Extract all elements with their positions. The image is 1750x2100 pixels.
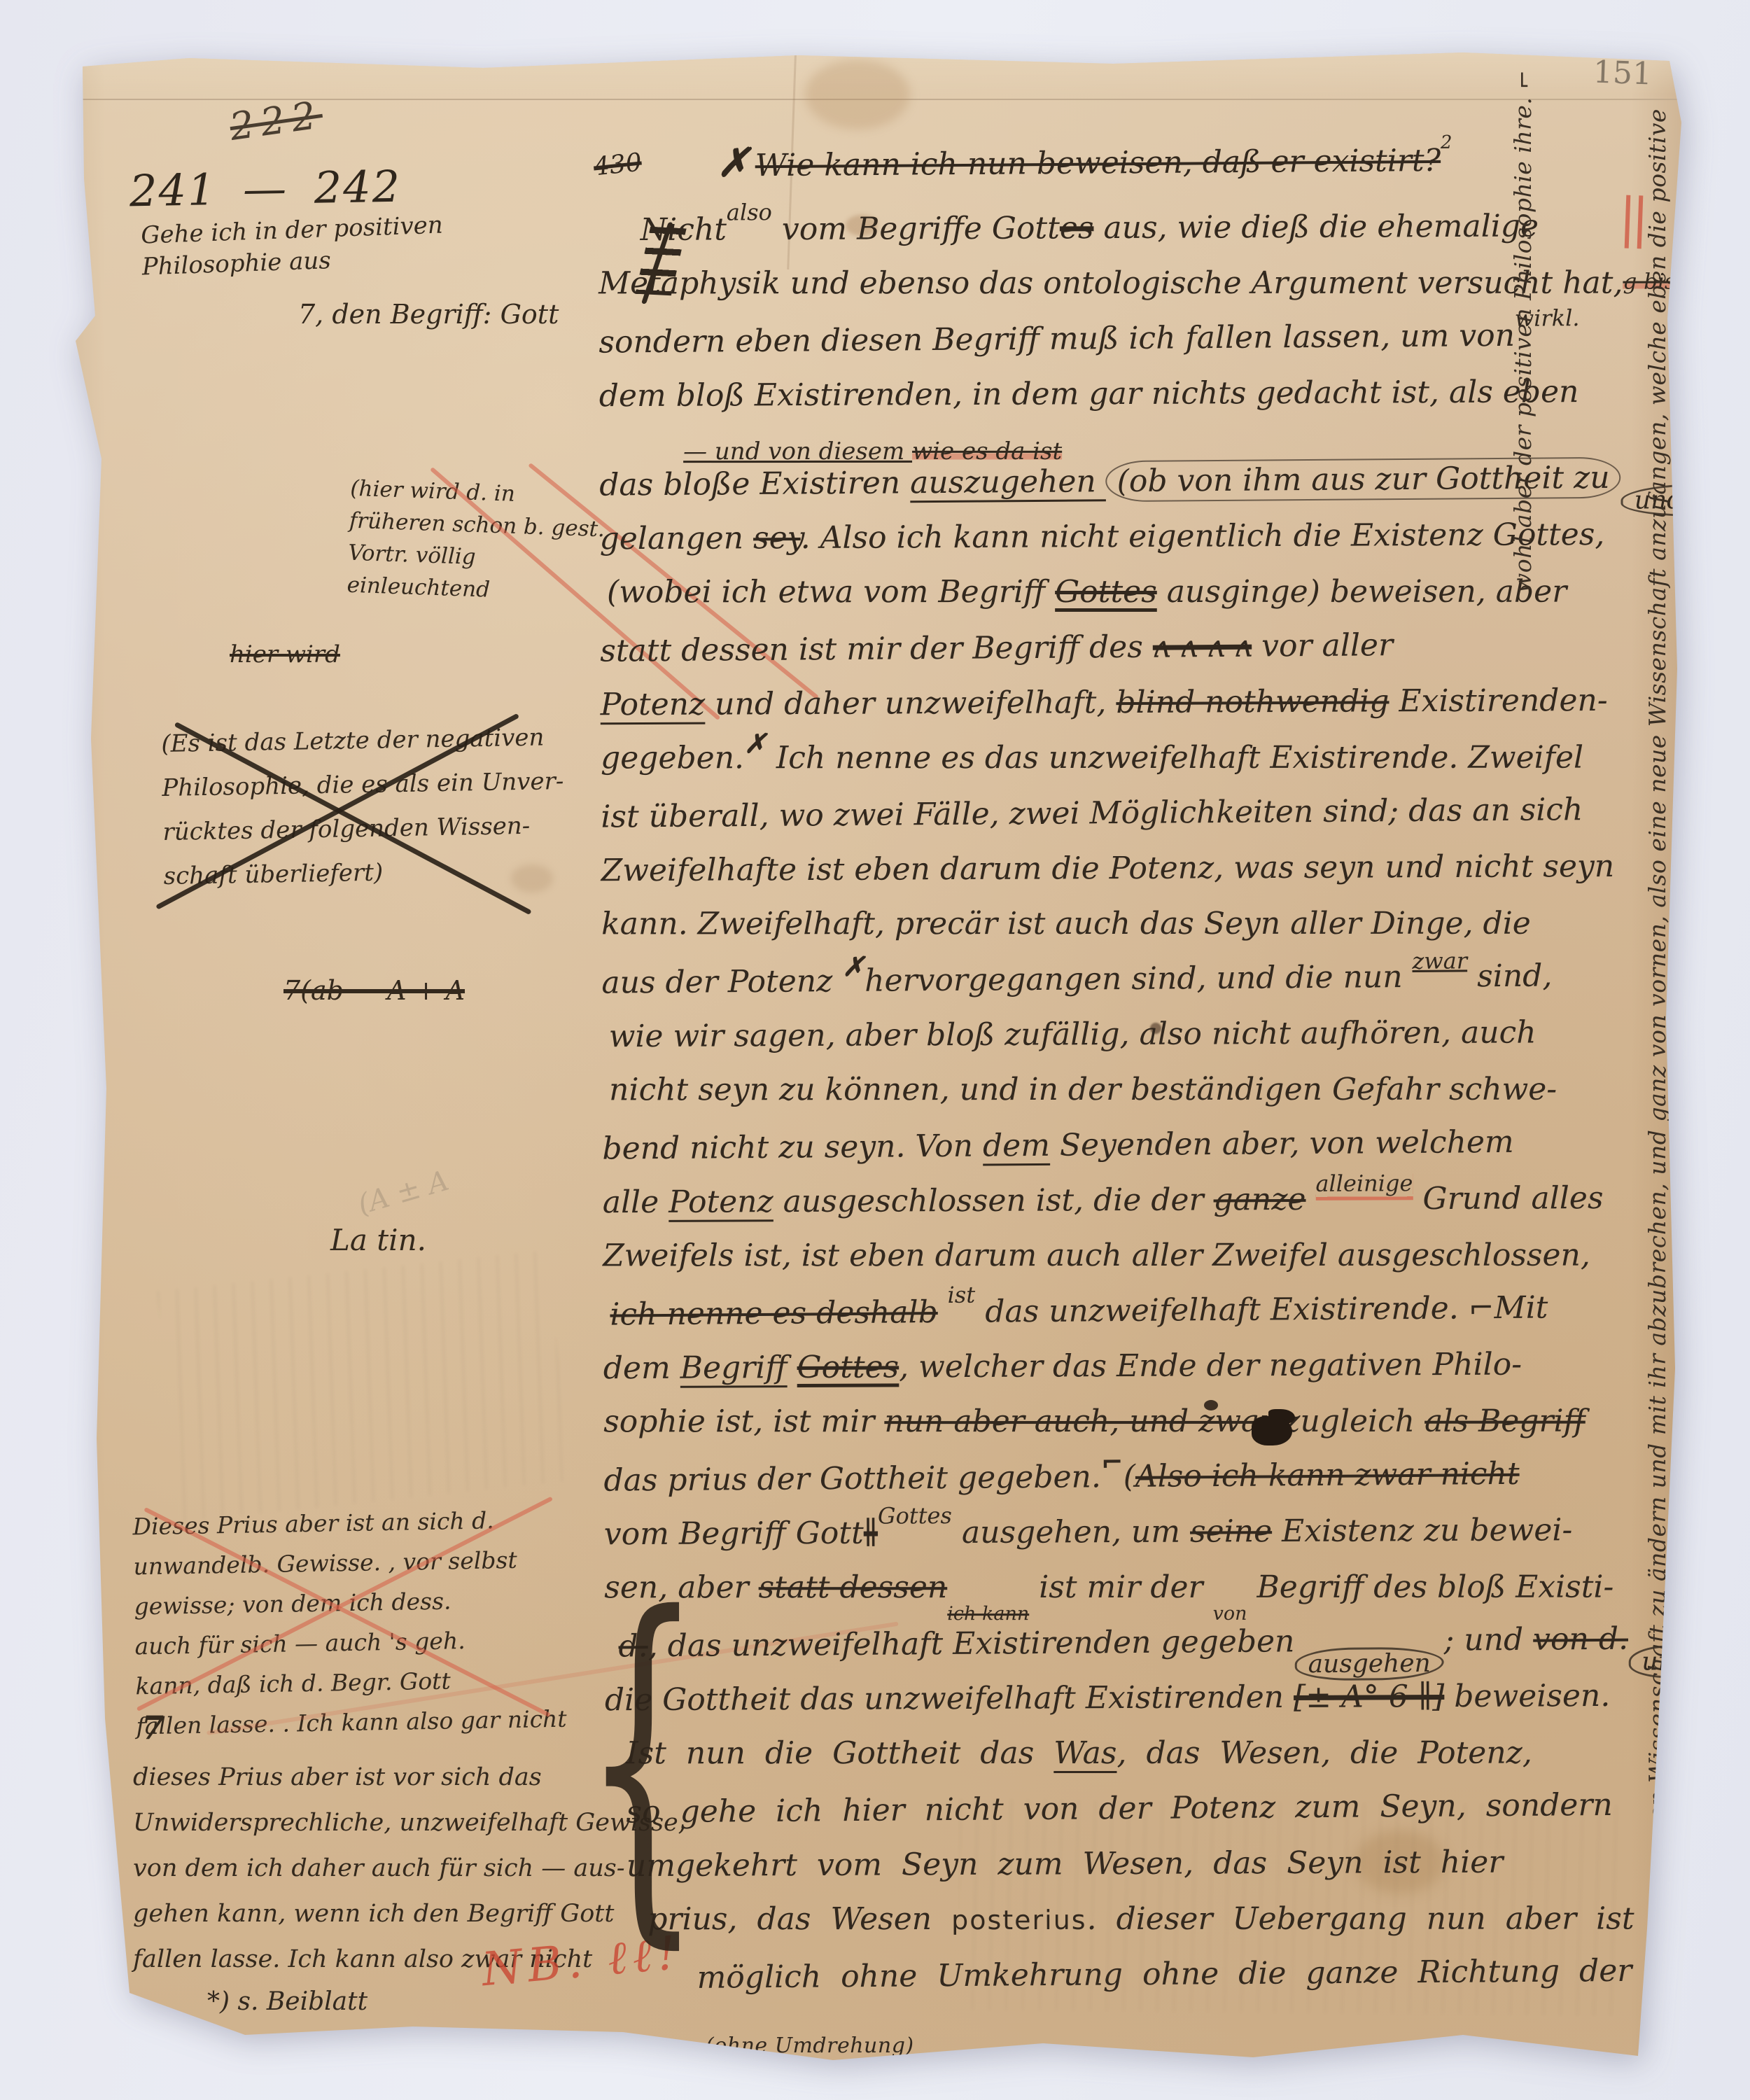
text-segment: sey <box>753 520 801 556</box>
text-segment: ⌐ <box>1101 1446 1123 1478</box>
text-segment: statt dessen <box>759 1569 948 1605</box>
margin-note-begriff-gott: 7, den Begriff: Gott <box>298 299 559 330</box>
manuscript-line: bend nicht zu seyn. Von dem Seyenden abe… <box>602 1123 1653 1186</box>
text-segment: ✗ <box>744 727 766 759</box>
text-segment: dem <box>983 1128 1050 1164</box>
text-segment: , das unzweifelhaft Existirenden <box>647 1625 1161 1664</box>
folio-number: 151 <box>1592 55 1653 92</box>
manuscript-line: statt dessen ist mir der Begriff des ʌ ʌ… <box>600 625 1651 688</box>
text-segment: ∥ <box>864 1515 878 1551</box>
text-segment: sondern eben diesen Begriff muß ich fall… <box>598 318 1515 360</box>
text-segment: das bloße Existiren <box>599 465 910 503</box>
text-segment: ist <box>947 1282 975 1308</box>
main-text-column: ✗ Wie kann ich nun beweisen, daß er exis… <box>598 134 1656 2015</box>
manuscript-line: so gehe ich hier nicht von der Potenz zu… <box>626 1786 1655 1849</box>
text-segment: ausgehen, um <box>952 1514 1190 1550</box>
text-segment: umgekehrt vom Seyn zum Wesen, das Seyn i… <box>626 1844 1504 1884</box>
text-segment: Nicht <box>640 211 727 248</box>
text-segment: ich nenne es deshalb <box>610 1294 938 1333</box>
text-segment: kann. Zweifelhaft, precär ist auch das S… <box>601 906 1531 942</box>
text-segment: die Gottheit das unzweifelhaft Existiren… <box>605 1679 1294 1718</box>
text-segment: Potenz <box>601 687 706 723</box>
text-segment: dem bloß Existirenden, in dem gar nichts… <box>599 374 1579 414</box>
text-segment: gegeben. <box>601 740 744 776</box>
manuscript-line: ich nenne es deshalb ist das unzweifelha… <box>610 1289 1653 1352</box>
manuscript-line: kann. Zweifelhaft, precär ist auch das S… <box>601 906 1651 962</box>
text-segment: nicht seyn zu können, und in der beständ… <box>609 1072 1557 1108</box>
text-segment: [± A° 6 ∥] <box>1294 1679 1444 1715</box>
manuscript-line: vom Begriff Gott∥Gottes ausgehen, um sei… <box>604 1512 1654 1572</box>
text-segment: Was <box>1053 1735 1116 1771</box>
text-segment: Gottes <box>878 1502 952 1529</box>
text-segment: bend nicht zu seyn. Von <box>602 1128 983 1167</box>
manuscript-line: sophie ist, ist mir nun aber auch, und z… <box>603 1403 1653 1459</box>
text-segment: Existirenden- <box>1389 682 1607 719</box>
text-segment: Ich nenne es das unzweifelhaft Existiren… <box>766 740 1583 776</box>
text-segment: von d. <box>1533 1621 1628 1658</box>
text-segment <box>1305 1182 1315 1217</box>
text-segment: möglich <box>696 1959 841 1996</box>
manuscript-line: Zweifels ist, ist eben darum auch aller … <box>603 1238 1653 1294</box>
text-segment: seine <box>1190 1513 1272 1550</box>
text-segment: ( <box>1123 1459 1136 1494</box>
manuscript-line: d., das unzweifelhaft Existirenden gegeb… <box>618 1620 1655 1683</box>
manuscript-line: (wobei ich etwa vom Begriff Gottes ausgi… <box>607 574 1650 630</box>
manuscript-line: dem Begriff Gottes, welcher das Ende der… <box>603 1346 1653 1406</box>
text-segment: wie es da ist <box>912 437 1062 465</box>
text-segment: Zweifels ist, ist eben darum auch aller … <box>603 1238 1590 1274</box>
text-segment: hervorgegangen sind, und die nun <box>864 959 1413 999</box>
text-segment: auszugehen <box>910 463 1106 500</box>
text-segment: Metaphysik und ebenso das ontologische A… <box>598 265 1623 302</box>
text-segment: ausginge) beweisen, aber <box>1157 574 1567 610</box>
text-segment: , das Wesen, die Potenz, <box>1116 1735 1532 1771</box>
text-segment: aus, wie dieß die ehemalige <box>1093 208 1539 246</box>
text-segment: als Begriff <box>1424 1403 1585 1439</box>
text-segment: Grund alles <box>1413 1180 1603 1217</box>
right-margin-rotated-note-tail: wohl aber der positiven Philosophie ihre… <box>1509 69 1536 593</box>
margin-note-intro: Gehe ich in der positiven Philosophie au… <box>141 209 444 283</box>
text-segment: — und von diesem <box>683 437 912 465</box>
manuscript-line: das prius der Gottheit gegeben.⌐(Also ic… <box>603 1455 1654 1518</box>
manuscript-line: möglich ohne Umkehrung ohne die ganze Ri… <box>696 1953 1656 2015</box>
text-segment: . dieser Uebergang nun aber ist nicht <box>1087 1900 1733 1936</box>
manuscript-line: Zweifelhafte ist eben darum die Potenz, … <box>601 848 1651 909</box>
manuscript-line: Metaphysik und ebenso das ontologische A… <box>598 265 1648 321</box>
text-segment: Zweifelhafte ist eben darum die Potenz, … <box>601 848 1615 888</box>
scanned-manuscript-screenshot: { "header": { "page_range": "241 — 242",… <box>0 0 1750 2100</box>
text-segment: das prius der Gottheit gegeben. <box>603 1459 1101 1498</box>
below-line-insertion: (ohne Umdrehung) <box>706 2033 914 2058</box>
manuscript-line: gelangen sey. Also ich kann nicht eigent… <box>600 517 1650 577</box>
paper-stain <box>805 59 910 129</box>
manuscript-line: wie wir sagen, aber bloß zufällig, also … <box>609 1014 1652 1074</box>
text-segment: ohne Umkehrung <box>841 1956 1123 1994</box>
text-segment: statt dessen ist mir der Begriff des <box>600 629 1153 669</box>
text-segment: gegeben <box>1161 1623 1294 1660</box>
text-segment: (wobei ich etwa vom Begriff <box>607 574 1055 610</box>
text-segment: (ob von ihm aus zur Gottheit zu <box>1105 457 1620 503</box>
text-segment: posterius <box>951 1905 1087 1935</box>
text-segment: gelangen <box>600 520 754 556</box>
text-segment: sind, <box>1467 958 1553 994</box>
text-segment: ⌐Mit <box>1469 1290 1548 1326</box>
margin-note-latin: La tin. <box>330 1223 426 1257</box>
text-segment: 2 <box>1441 132 1452 153</box>
text-segment: ; und <box>1443 1622 1533 1658</box>
text-segment: beweisen. <box>1444 1678 1610 1714</box>
text-segment <box>938 1294 948 1330</box>
footnote-beiblatt: *) s. Beiblatt <box>207 1987 367 2016</box>
text-segment: blind nothwendig <box>1116 683 1389 720</box>
manuscript-line: Ist nun die Gottheit das Was, das Wesen,… <box>626 1735 1655 1791</box>
manuscript-line: umgekehrt vom Seyn zum Wesen, das Seyn i… <box>626 1844 1655 1903</box>
text-segment: Existi- <box>1515 1569 1613 1605</box>
manuscript-line: gegeben.✗ Ich nenne es das unzweifelhaft… <box>601 740 1651 796</box>
text-segment: dem <box>603 1350 680 1386</box>
text-segment: sophie ist, ist mir <box>603 1403 884 1439</box>
text-segment: ausgeschlossen ist, die der <box>773 1182 1214 1219</box>
text-segment: Potenz <box>668 1184 773 1220</box>
manuscript-line: aus der Potenz ✗hervorgegangen sind, und… <box>601 957 1652 1020</box>
text-segment: Begriff <box>680 1350 787 1386</box>
text-segment: g bis d. Voll <box>1623 269 1750 295</box>
text-segment: ʌ ʌ ʌ ʌ <box>1153 629 1252 665</box>
text-segment: ausgehen <box>1294 1647 1444 1681</box>
text-segment: alle <box>603 1184 669 1220</box>
text-segment: und daher unzweifelhaft, <box>705 685 1116 722</box>
insertion-sigil: 7 <box>141 1709 164 1746</box>
text-segment: ✗ <box>842 951 864 982</box>
text-segment: Gottes <box>797 1349 899 1385</box>
manuscript-line: Nichtalso vom Begriffe Gottes aus, wie d… <box>640 208 1648 267</box>
manuscript-line: das bloße Existiren auszugehen (ob von i… <box>599 459 1650 522</box>
text-segment: ich kann <box>947 1603 1029 1625</box>
text-segment: alleinige <box>1315 1170 1413 1197</box>
text-segment: , welcher das Ende der negativen Philo- <box>899 1347 1522 1385</box>
text-segment: wie wir sagen, aber bloß zufällig, also … <box>609 1014 1536 1054</box>
text-segment: ganze <box>1213 1182 1305 1218</box>
text-segment: vom Begriffe Gott <box>772 210 1060 247</box>
pencil-ghost-formula: (A ± A <box>354 1165 452 1221</box>
text-segment: ist mir der <box>1029 1569 1212 1605</box>
text-segment: . Also ich kann nicht eigentlich die Exi… <box>801 517 1605 556</box>
text-segment: zwar <box>1412 947 1467 974</box>
manuscript-line: prius, das Wesen posterius. dieser Ueber… <box>647 1900 1655 1956</box>
manuscript-line: ist überall, wo zwei Fälle, zwei Möglich… <box>601 791 1651 854</box>
text-segment: es <box>1060 210 1094 246</box>
right-margin-rotated-note: der vorangegangenen Wissenschaft zu ände… <box>1644 108 1671 2054</box>
manuscript-line: dem bloß Existirenden, in dem gar nichts… <box>599 374 1649 434</box>
text-segment: Begriff des bloß <box>1247 1569 1515 1605</box>
text-segment: Also ich kann zwar nicht <box>1135 1456 1520 1494</box>
manuscript-line: sondern eben diesen Begriff muß ich fall… <box>598 316 1649 379</box>
margin-brace: { <box>582 1577 703 1941</box>
text-segment: zugleich <box>1274 1403 1424 1439</box>
text-segment: von <box>1213 1603 1247 1625</box>
text-segment: Existenz zu bewei- <box>1272 1512 1572 1549</box>
text-segment: so gehe ich hier nicht von der Potenz zu… <box>626 1787 1613 1830</box>
text-segment: ohne die ganze Richtung der vorangegange… <box>1123 1949 1750 1992</box>
text-segment: also <box>727 199 772 225</box>
ink-blot <box>1204 1400 1218 1410</box>
text-segment: aus der Potenz <box>601 963 842 1001</box>
margin-note-formula-struck: 7(ab — A + A <box>283 975 465 1006</box>
manuscript-line: nicht seyn zu können, und in der beständ… <box>609 1072 1652 1128</box>
text-segment: Seyenden aber, von welchem <box>1050 1124 1514 1163</box>
manuscript-line: sen, aber statt dessenich kann ist mir d… <box>604 1569 1654 1625</box>
text-segment: vor aller <box>1252 627 1393 664</box>
pencil-bleedthrough-smudge <box>157 1251 570 1522</box>
text-segment: Gottes <box>1055 574 1157 610</box>
page-range: 241 — 242 <box>129 161 401 217</box>
ink-blot <box>1252 1416 1292 1445</box>
manuscript-page: 222 241 — 242 151 430 Gehe ich in der po… <box>63 38 1687 2075</box>
text-segment: das unzweifelhaft Existirende. <box>975 1290 1469 1329</box>
manuscript-line: alle Potenz ausgeschlossen ist, die der … <box>603 1180 1653 1240</box>
margin-note-hier-wird-struck: hier wird <box>230 640 340 668</box>
text-segment <box>787 1350 797 1385</box>
crossed-scribble: 222 <box>227 92 325 149</box>
text-segment: ✗ <box>717 139 755 185</box>
text-segment: und zu prüfen <box>1621 482 1750 517</box>
text-segment: ist überall, wo zwei Fälle, zwei Möglich… <box>601 792 1583 835</box>
manuscript-line: die Gottheit das unzweifelhaft Existiren… <box>605 1678 1655 1738</box>
text-segment: Wie kann ich nun beweisen, daß er existi… <box>755 143 1441 183</box>
